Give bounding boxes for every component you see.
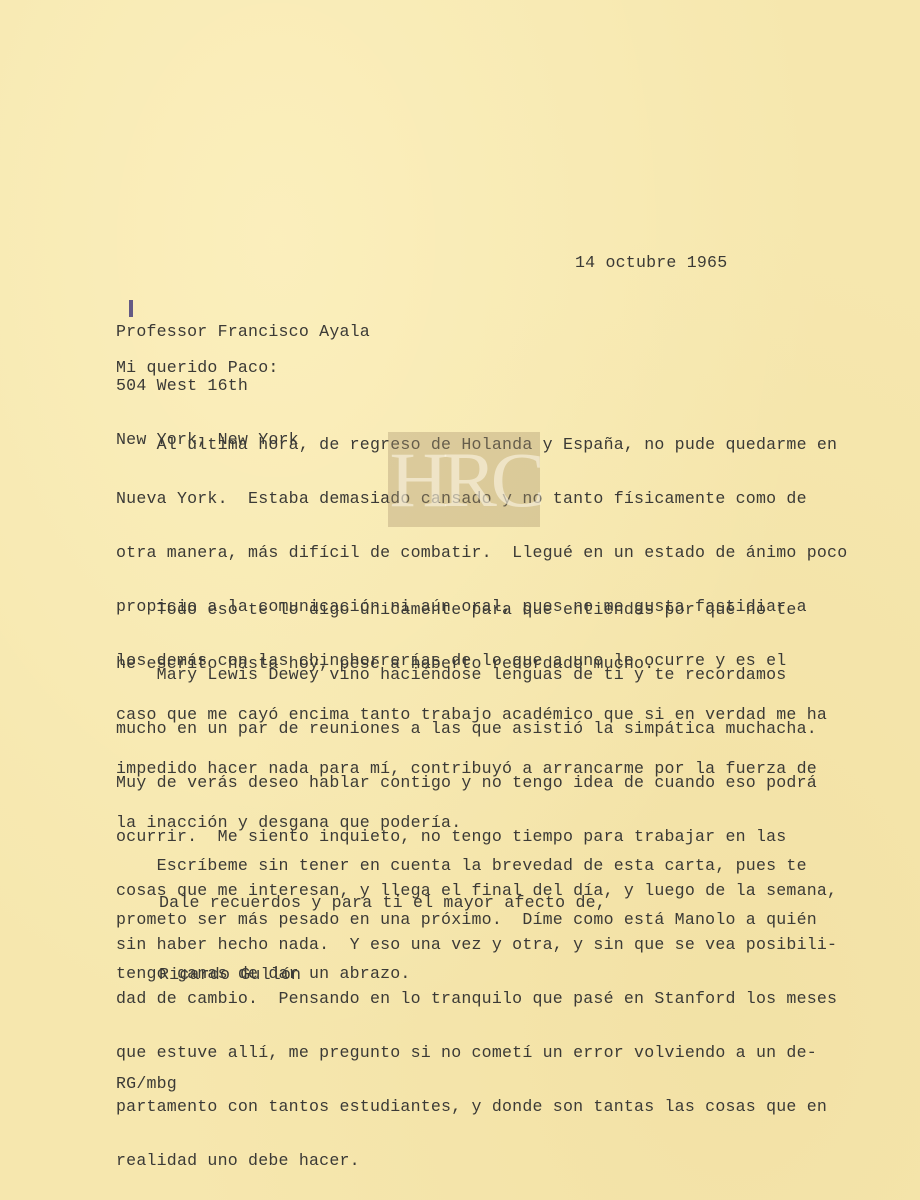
text-line: Mary Lewis Dewey vino haciéndose lenguas… [116, 666, 837, 684]
reference-initials: RG/mbg [116, 1075, 177, 1093]
salutation: Mi querido Paco: [116, 359, 279, 377]
closing-line: Dale recuerdos y para ti el mayor afecto… [159, 894, 606, 912]
letter-date: 14 octubre 1965 [575, 254, 727, 272]
text-line: mucho en un par de reuniones a las que a… [116, 720, 837, 738]
text-line: Muy de verás deseo hablar contigo y no t… [116, 774, 837, 792]
text-line: otra manera, más difícil de combatir. Ll… [116, 544, 847, 562]
text-line: prometo ser más pesado en una próximo. D… [116, 911, 817, 929]
archive-watermark: HRC [388, 432, 540, 527]
text-line: Escríbeme sin tener en cuenta la breveda… [116, 857, 817, 875]
text-line: que estuve allí, me pregunto si no comet… [116, 1044, 837, 1062]
letter-page: 14 octubre 1965 Professor Francisco Ayal… [0, 0, 920, 1200]
signature-name: Ricardo Gullón [159, 966, 301, 984]
recipient-street: 504 West 16th [116, 377, 370, 395]
paragraph-4: Escríbeme sin tener en cuenta la breveda… [116, 821, 817, 1019]
ink-correction-mark [129, 300, 133, 317]
watermark-text: HRC [389, 441, 539, 519]
recipient-name: Professor Francisco Ayala [116, 323, 370, 341]
text-line: Todo eso te lo digo únicamente para que … [116, 601, 797, 619]
text-line: realidad uno debe hacer. [116, 1152, 837, 1170]
text-line: partamento con tantos estudiantes, y don… [116, 1098, 837, 1116]
